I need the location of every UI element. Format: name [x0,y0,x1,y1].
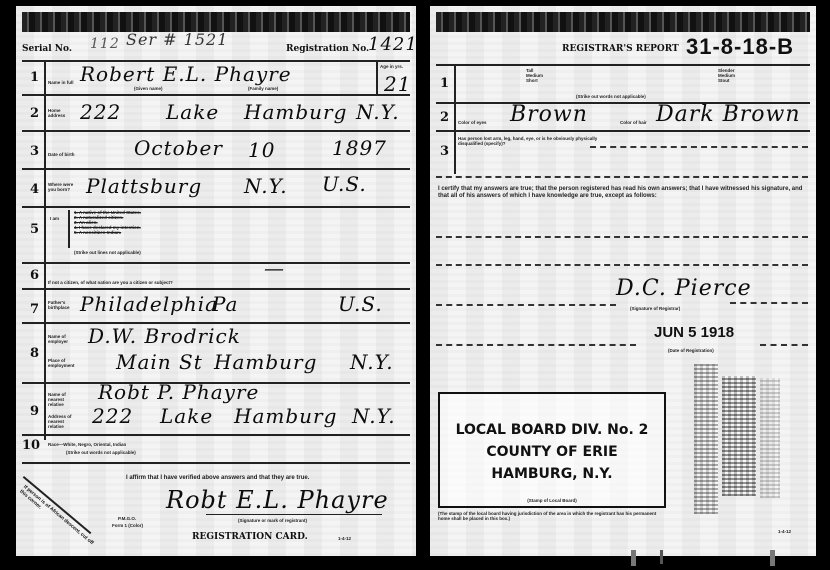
stamp-line-board: LOCAL BOARD DIV. No. 2 [440,422,664,438]
divider [22,168,410,170]
citizenship-options: 1. A native of the United States. 2. A n… [74,210,204,235]
row-number: 6 [30,268,39,283]
stamp-caption: (Stamp of Local Board) [440,498,664,503]
field-value-birth-day: 10 [248,138,275,162]
row-number: 7 [30,302,39,317]
scan-smudge [694,364,718,514]
field-value-name: Robert E.L. Phayre [80,62,292,86]
answer-line [436,304,616,306]
option-short: Short [526,78,543,83]
card-code: 1-4-12 [338,536,351,541]
divider [436,130,810,132]
option-stout: Stout [718,78,735,83]
field-value-street: Lake [166,100,219,124]
field-value-city: Hamburg [244,100,347,124]
field-value-relative-state: N.Y. [352,404,396,428]
age-column-rule [376,60,378,94]
row-number: 3 [30,144,39,159]
field-label-father-birthplace: Father's birthplace [48,300,74,310]
registration-label: Registration No. [286,44,369,54]
registrant-signature: Robt E.L. Phayre [166,486,389,514]
caption: (Strike out words not applicable) [576,94,646,99]
field-value-employment-state: N.Y. [350,350,394,374]
row-number: 5 [30,222,39,237]
card-title: REGISTRATION CARD. [192,532,308,542]
report-code: 31-8-18-B [686,34,794,60]
field-value-state: N.Y. [356,100,400,124]
height-options: Tall Medium Short [526,68,543,83]
answer-line [760,344,808,346]
field-value-employment-city: Hamburg [214,350,317,374]
form-id: Form 1 (Color) [112,523,143,528]
field-value-eye-color: Brown [510,102,588,127]
caption: (Family name) [248,86,278,91]
field-value-employment-street: Main St [116,350,203,374]
registrar-signature: D.C. Pierce [616,276,752,301]
scan-smudge [722,376,756,496]
answer-line [436,176,808,178]
divider [436,64,810,66]
registration-value: 1421 [368,34,418,55]
field-value-nation: — [264,256,285,280]
divider [22,288,410,290]
card-header-band [436,12,810,32]
field-label-citizenship: I am [50,216,59,221]
field-value-father-nation: U.S. [338,292,383,316]
field-value-relative-city: Hamburg [234,404,337,428]
answer-line [436,264,808,266]
scan-smudge [760,378,780,498]
row-number: 1 [30,70,39,85]
field-label-birthplace: Where were you born? [48,182,78,192]
age-value: 21 [384,72,411,96]
registration-card-front: Serial No. 112 Ser # 1521 Registration N… [16,6,416,556]
report-title: REGISTRAR'S REPORT [562,44,679,54]
field-value-father-city: Philadelphia [80,292,218,316]
caption: (Given name) [134,86,163,91]
divider [22,130,410,132]
field-label-place-of-employment: Place of employment [48,358,74,368]
row-number: 2 [30,106,39,121]
stamp-line-city: HAMBURG, N.Y. [440,466,664,482]
age-label: Age in yrs. [380,64,410,69]
form-id: P.M.G.O. [118,516,136,521]
answer-line [436,344,636,346]
build-options: Slender Medium Stout [718,68,735,83]
bracket-rule [68,210,70,248]
field-value-father-state: Pa [212,292,238,316]
divider [22,434,410,436]
stamp-instruction: (The stamp of the local board having jur… [438,511,666,521]
row-number-column-rule [454,64,456,174]
field-label-relative-address: Address of nearest relative [48,414,74,429]
certification-text: I certify that my answers are true; that… [438,186,808,200]
field-label-dob: Date of birth [48,152,78,157]
row-number: 9 [30,404,39,419]
binder-mark [660,550,663,564]
registration-date: JUN 5 1918 [654,324,734,341]
row-number: 1 [440,76,449,91]
field-value-relative-street: Lake [160,404,213,428]
field-label-eye-color: Color of eyes [458,120,487,125]
field-label-relative: Name of nearest relative [48,392,74,407]
field-label-disqualification: Has person lost arm, leg, hand, eye, or … [458,136,608,146]
serial-value: 112 [90,36,120,52]
field-value-relative-house-number: 222 [92,404,133,428]
registrar-caption: (Signature of Registrar) [630,306,680,311]
row-number: 8 [30,346,39,361]
field-value-birth-year: 1897 [332,136,387,160]
field-label-employer: Name of employer [48,334,74,344]
signature-line [206,514,382,515]
option-indian: 5. A noncitizen Indian. [74,230,204,235]
field-value-birth-state: N.Y. [244,174,288,198]
stamp-line-county: COUNTY OF ERIE [440,444,664,460]
registrars-report-back: REGISTRAR'S REPORT 31-8-18-B 1 Tall Medi… [430,6,816,556]
card-header-band [22,12,410,32]
caption: (Strike out words not applicable) [66,450,136,455]
field-label-home-address: Home address [48,108,74,118]
local-board-stamp: LOCAL BOARD DIV. No. 2 COUNTY OF ERIE HA… [438,392,666,508]
row-number: 3 [440,144,449,159]
binder-mark [770,550,775,566]
field-value-hair-color: Dark Brown [656,102,801,127]
field-value-house-number: 222 [80,100,121,124]
answer-line [436,236,808,238]
row-number: 2 [440,110,449,125]
divider [22,94,410,96]
caption: (Strike out lines not applicable) [74,250,141,255]
field-value-birth-month: October [134,136,223,160]
divider [22,206,410,208]
divider [22,462,410,464]
signature-caption: (Signature or mark of registrant) [238,518,307,523]
corner-cut-instruction: If person is of African descent, cut off… [18,484,95,551]
footer-mark: 1-4-12 [778,529,791,534]
row-number: 4 [30,182,39,197]
field-label-name: Name in full [48,80,78,85]
field-label-hair-color: Color of hair [620,120,647,125]
row-number: 10 [22,438,40,453]
date-caption: (Date of Registration) [668,348,714,353]
divider [22,262,410,264]
binder-mark [631,550,636,566]
answer-line [730,302,808,304]
serial-note: Ser # 1521 [126,30,228,49]
field-value-birth-nation: U.S. [322,172,367,196]
field-label-race: Race—White, Negro, Oriental, Indian [48,442,188,447]
field-label-nation: If not a citizen, of what nation are you… [48,280,268,285]
serial-label: Serial No. [22,44,72,54]
answer-line [590,146,808,148]
field-value-employer: D.W. Brodrick [88,324,241,348]
field-value-relative: Robt P. Phayre [98,380,259,404]
field-value-birth-city: Plattsburg [86,174,202,198]
affirmation-text: I affirm that I have verified above answ… [126,476,309,481]
